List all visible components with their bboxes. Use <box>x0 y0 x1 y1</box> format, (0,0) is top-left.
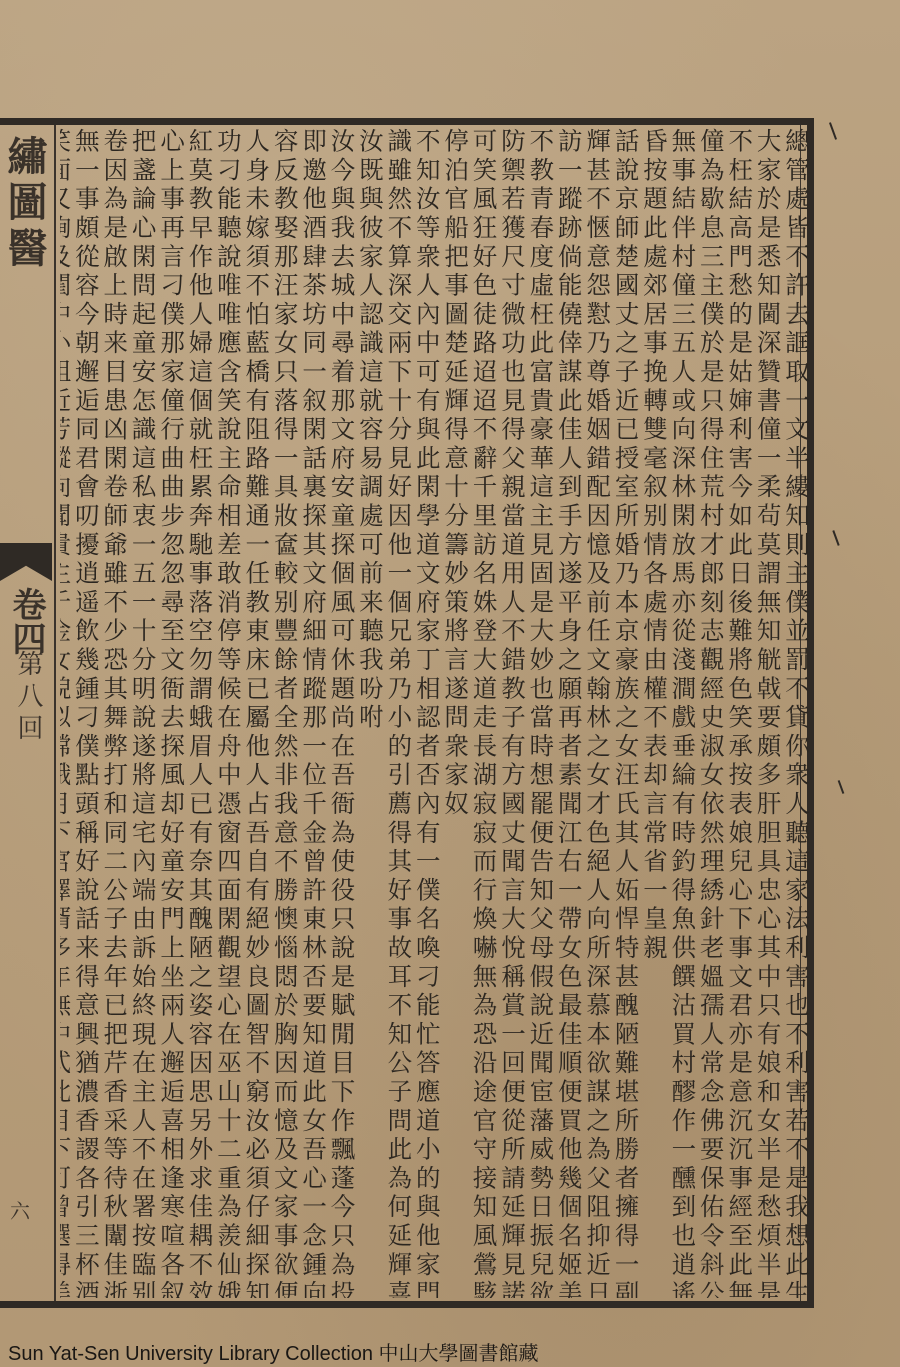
text-column: 不知汝等衆人內中可有與此閑學道文府家丁相認者否內有一僕名喚刁能忙答應道小的與他家… <box>412 128 440 1298</box>
margin-mark <box>838 780 845 794</box>
body-text: 總管處皆不許去誆取一文半縷知則主僕並罰不貸你衆人聽這家法利害也不利害若不是我想此… <box>60 128 810 1298</box>
text-column: 汝今與我去城中尋着那文府安童探個風可休題尚在吾衙為使役只說是賦閒目下作飄蓬今只為… <box>327 128 355 1298</box>
fold-banner: 繡圖醫 卷四 第八回 六 <box>0 125 56 1301</box>
text-column: 防禦若獲尺寸微功也見得父親當道用人不錯教子有方國丈聞言大悅稱賞一回便從所請延輝見… <box>498 128 526 1298</box>
book-page: 繡圖醫 卷四 第八回 六 總管處皆不許去誆取一文半縷知則主僕並罰不貸你衆人聽這家… <box>0 0 900 1367</box>
text-column: 即邀他酒肆茶坊同一叙閑話裏探其文府細情蹤那一位千金曾許東林否要知道此女吾心一念鍾… <box>299 128 327 1298</box>
banner-section: 卷四 <box>4 587 48 655</box>
text-column: 心上事再言刁僕那家僮行曲曲步忽忽尋至文衙去探風却好童安門上坐兩人邂逅喜相逢寒喧各… <box>157 128 185 1298</box>
margin-mark <box>832 530 839 546</box>
text-column: 話說京師楚國丈之子近已授室所婚乃本京豪族之女汪氏其人妬悍特甚醜陋難堪所勝者擁得一… <box>611 128 639 1298</box>
text-column: 紅莫教早作他人婦這個就枉累奔馳事落空勿謂蛾眉人已有奈其醜陋之姿容因思另外求佳耦不… <box>185 128 213 1298</box>
text-column: 停泊官船把事圖楚延輝得意十分籌妙策將言遂問衆家奴 <box>441 128 469 1298</box>
banner-chapter: 第八回 <box>8 650 48 746</box>
text-column: 汝既與彼家人認識這就容易調處可前来聽我吩咐 <box>356 128 384 1298</box>
text-column: 無一事頗從容今朝邂逅同君會叨擾逍遥飲幾鍾刁僕點頭稱好說話来得意興猶濃香謖各引三杯… <box>71 128 99 1298</box>
text-column: 笑面又詢及閨中小姐近芳蹤向聞貴主千金女貌似嫦娥月下宮擇婿多年無中式此目下可曾選得… <box>60 128 71 1298</box>
text-column: 大家於是悉知閫深贊書僮一柔茍莫謂無知觥㦸要頗多肝胆具忠心其中只有娘和女半是愁煩半… <box>753 128 781 1298</box>
text-column: 無事結伴村僮三五人或向深林閑放馬亦從淺澗戲垂綸有時釣得魚供饌沽買村醪作一醺到也逍… <box>668 128 696 1298</box>
text-column: 不教青春度虛枉此富貴豪華這主見固是大妙也當時想罷便告知父母假說近聞宦藩威勢日振兒… <box>526 128 554 1298</box>
banner-title: 繡圖醫 <box>2 135 46 273</box>
text-column: 總管處皆不許去誆取一文半縷知則主僕並罰不貸你衆人聽這家法利害也不利害若不是我想此… <box>782 128 810 1298</box>
banner-page-number: 六 <box>10 1195 30 1224</box>
text-column: 不枉結高門愁的是姑婶利害今如此日後難將色笑承按表娘兒心下事文君亦是意沉沉事經至此… <box>725 128 753 1298</box>
text-column: 訪一蹤跡倘能僥倖謀此佳人到手方遂平身之願再者素聞江右一帶女色最佳順便買他幾個名姬… <box>554 128 582 1298</box>
text-column: 容反教娶那汪家女只落得一具妝奩較别豐餘者全然非我意不勝懊惱悶於胸因而憶及文家事欲… <box>270 128 298 1298</box>
text-column: 僮為歇息三主僕於是只得住荒村才郎刻志觀經史淑女依然理綉針老媼孺人常念佛要保佑令斜… <box>696 128 724 1298</box>
text-column: 把盞論心閑問起童安怎識這私衷一五一十分明說遂將這宅內端由訴始終現在主人不在署按臨… <box>128 128 156 1298</box>
library-watermark: Sun Yat-Sen University Library Collectio… <box>8 1337 539 1366</box>
text-column: 人身未嫁須不怕藍橋有阻路難通一任教東床已屬他人占吾自有絕妙良圖智不窮汝必須仔細探… <box>242 128 270 1298</box>
margin-mark <box>829 122 837 140</box>
text-column: 識雖然不算深交兩下十分見好因他一個兄弟乃小的引薦得其好事故耳不知公子問此為何延輝… <box>384 128 412 1298</box>
text-column: 可笑風狂好色徒路迢迢不辭千里訪名姝登大道走長湖寂寂而行煥嚇無為恐沿途官守接知風鶯… <box>469 128 497 1298</box>
text-column: 輝甚不愜意怨懟乃尊婚姻錯配因憶及前任文翰林之女才色絕人向所深慕本欲謀之為父阻抑近… <box>583 128 611 1298</box>
text-column: 功刁能聽說唯唯應含笑說主命相差敢消停等候在舟中憑窗四面閑觀望心在巫山十二重為羨仙… <box>213 128 241 1298</box>
text-column: 卷因為是啟上時来目患凶閑卷師爺雖不少恐其舞弊打和同二公子去年已把芹香采等待秋闈佳… <box>100 128 128 1298</box>
text-column: 昏按題此處郊居事挽轉雙毫叙别情各處情由權不表却言常省一皇親 <box>640 128 668 1298</box>
fishtail-mark-icon <box>0 543 52 581</box>
